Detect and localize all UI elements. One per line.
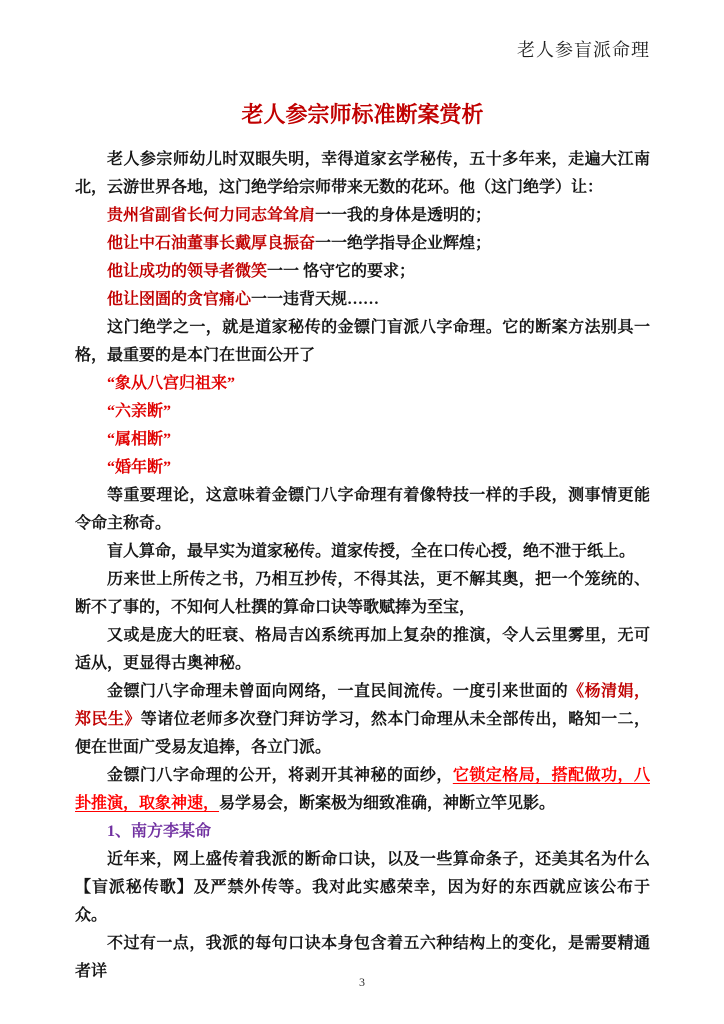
quote-run: “属相断” bbox=[107, 431, 171, 448]
red-emphasis-run: 他让囹圄的贪官痛心 bbox=[107, 291, 251, 308]
text-run: 一一绝学指导企业辉煌； bbox=[315, 235, 491, 252]
text-run: 一一违背天规…… bbox=[251, 291, 379, 308]
emphasis-line: 他让中石油董事长戴厚良振奋一一绝学指导企业辉煌； bbox=[75, 230, 650, 258]
document-title: 老人参宗师标准断案赏析 bbox=[75, 100, 650, 130]
red-emphasis-run: 他让成功的领导者微笑 bbox=[107, 263, 267, 280]
quote-line: “六亲断” bbox=[75, 398, 650, 426]
paragraph: 金镖门八字命理未曾面向网络，一直民间流传。一度引来世面的《杨清娟，郑民生》等诸位… bbox=[75, 678, 650, 762]
paragraph: 近年来，网上盛传着我派的断命口诀，以及一些算命条子，还美其名为什么 【盲派秘传歌… bbox=[75, 846, 650, 930]
text-run: 这门绝学之一，就是道家秘传的金镖门盲派八字命理。它的断案方法别具一格，最重要的是… bbox=[75, 319, 650, 364]
text-run: 历来世上所传之书，乃相互抄传，不得其法，更不解其奥，把一个笼统的、断不了事的，不… bbox=[75, 571, 650, 616]
quote-run: “婚年断” bbox=[107, 459, 171, 476]
quote-line: “象从八宫归祖来” bbox=[75, 370, 650, 398]
paragraph: 等重要理论，这意味着金镖门八字命理有着像特技一样的手段，测事情更能令命主称奇。 bbox=[75, 482, 650, 538]
text-run: 金镖门八字命理未曾面向网络，一直民间流传。一度引来世面的 bbox=[107, 683, 568, 700]
text-run: 等诸位老师多次登门拜访学习，然本门命理从未全部传出，略知一二，便在世面广受易友追… bbox=[75, 711, 650, 756]
text-run: 一一我的身体是透明的； bbox=[315, 207, 491, 224]
red-emphasis-run: 贵州省副省长何力同志耸耸肩 bbox=[107, 207, 315, 224]
paragraph: 金镖门八字命理的公开，将剥开其神秘的面纱，它锁定格局，搭配做功，八卦推演，取象神… bbox=[75, 762, 650, 818]
text-run: 不过有一点，我派的每句口诀本身包含着五六种结构上的变化，是需要精通者详 bbox=[75, 935, 650, 980]
quote-run: “六亲断” bbox=[107, 403, 171, 420]
text-run: 盲人算命，最早实为道家秘传。道家传授，全在口传心授，绝不泄于纸上。 bbox=[107, 543, 635, 560]
text-run: 金镖门八字命理的公开，将剥开其神秘的面纱， bbox=[107, 767, 453, 784]
text-run: 易学易会，断案极为细致准确，神断立竿见影。 bbox=[219, 795, 555, 812]
emphasis-line: 他让囹圄的贪官痛心一一违背天规…… bbox=[75, 286, 650, 314]
text-run: 老人参宗师幼儿时双眼失明，幸得道家玄学秘传，五十多年来，走遍大江南北，云游世界各… bbox=[75, 151, 650, 196]
paragraph: 盲人算命，最早实为道家秘传。道家传授，全在口传心授，绝不泄于纸上。 bbox=[75, 538, 650, 566]
text-run: 又或是庞大的旺衰、格局吉凶系统再加上复杂的推演，令人云里雾里，无可适从，更显得古… bbox=[75, 627, 650, 672]
heading-run: 1、南方李某命 bbox=[107, 823, 211, 840]
running-header: 老人参盲派命理 bbox=[517, 36, 650, 62]
paragraph: 这门绝学之一，就是道家秘传的金镖门盲派八字命理。它的断案方法别具一格，最重要的是… bbox=[75, 314, 650, 370]
quote-line: “婚年断” bbox=[75, 454, 650, 482]
red-emphasis-run: 他让中石油董事长戴厚良振奋 bbox=[107, 235, 315, 252]
quote-line: “属相断” bbox=[75, 426, 650, 454]
document-content: 老人参宗师标准断案赏析 老人参宗师幼儿时双眼失明，幸得道家玄学秘传，五十多年来，… bbox=[75, 100, 650, 986]
page-number: 3 bbox=[0, 975, 724, 990]
emphasis-line: 贵州省副省长何力同志耸耸肩一一我的身体是透明的； bbox=[75, 202, 650, 230]
section-heading: 1、南方李某命 bbox=[75, 818, 650, 846]
document-page: 老人参盲派命理 老人参宗师标准断案赏析 老人参宗师幼儿时双眼失明，幸得道家玄学秘… bbox=[0, 0, 724, 1024]
paragraph: 历来世上所传之书，乃相互抄传，不得其法，更不解其奥，把一个笼统的、断不了事的，不… bbox=[75, 566, 650, 622]
text-run: 一一 恪守它的要求； bbox=[267, 263, 415, 280]
paragraph: 又或是庞大的旺衰、格局吉凶系统再加上复杂的推演，令人云里雾里，无可适从，更显得古… bbox=[75, 622, 650, 678]
emphasis-line: 他让成功的领导者微笑一一 恪守它的要求； bbox=[75, 258, 650, 286]
paragraph-intro: 老人参宗师幼儿时双眼失明，幸得道家玄学秘传，五十多年来，走遍大江南北，云游世界各… bbox=[75, 146, 650, 202]
text-run: 近年来，网上盛传着我派的断命口诀，以及一些算命条子，还美其名为什么 【盲派秘传歌… bbox=[75, 851, 650, 924]
text-run: 等重要理论，这意味着金镖门八字命理有着像特技一样的手段，测事情更能令命主称奇。 bbox=[75, 487, 650, 532]
quote-run: “象从八宫归祖来” bbox=[107, 375, 235, 392]
